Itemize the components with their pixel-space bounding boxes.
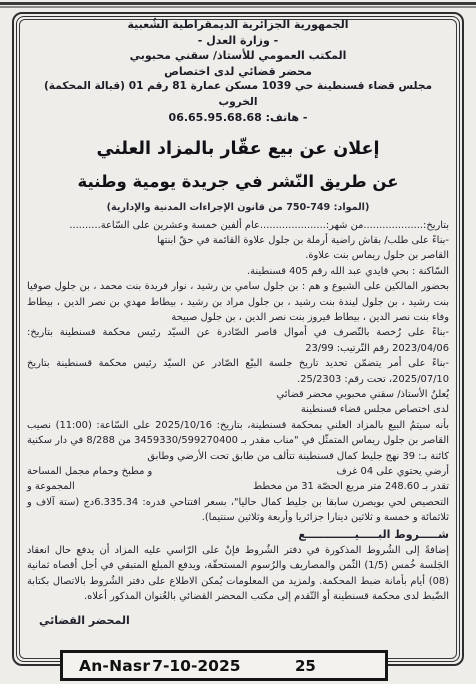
notice-body: بتاريخ:...................من شهر:.......…: [27, 218, 449, 629]
law-articles: (المواد: 749-750 من قانون الإجراءات المد…: [27, 201, 449, 214]
header-ministry: - وزارة العدل -: [27, 33, 449, 49]
clipping-top-edge: [0, 2, 476, 6]
publication-date: 7-10-2025: [152, 657, 240, 675]
price-paragraph: التحصيص لحي بويصرن سابقا بن جليط كمال حا…: [27, 495, 449, 526]
header-republic: الجمهورية الجزائرية الديمقراطية الشُعبية: [27, 17, 449, 33]
announcer-line: يُعلنُ الأستاذ/ سقني محبوبي محضر قضائي: [27, 387, 449, 402]
rooms-right-text: أرضي يحتوي على 04 غرف: [337, 464, 449, 479]
area-right-text: تقدر بـ 248.60 متر مربع الحصّة 31 من مخط…: [253, 479, 449, 494]
page-number: 25: [295, 657, 316, 675]
bailiff-signature: المحضر القضائي: [27, 613, 449, 628]
minor-line: القاصر بن جلول ريماس بنت علاوة.: [27, 248, 449, 263]
scanned-newspaper-notice: { "header": { "lines": [ "الجمهورية الجز…: [0, 0, 476, 684]
order-paragraph: -بناءً على أمر يتضمّن تحديد تاريخ جلسة ا…: [27, 356, 449, 387]
jurisdiction-line: لدى اختصاص مجلس قضاء قسنطينة: [27, 402, 449, 417]
header-bailiff: محضر قضائي لدى اختصاص: [27, 64, 449, 80]
header-office: المكتب العمومي للأستاذ/ سقني محبوبي: [27, 48, 449, 64]
blank-date-line: بتاريخ:...................من شهر:.......…: [27, 218, 449, 233]
newspaper-name: An-Nasr: [79, 657, 150, 675]
notice-content: الجمهورية الجزائرية الديمقراطية الشُعبية…: [27, 17, 449, 648]
co-owners-paragraph: بحضور المالكين على الشيوع و هم : بن جلول…: [27, 279, 449, 325]
area-line: تقدر بـ 248.60 متر مربع الحصّة 31 من مخط…: [27, 479, 449, 494]
request-line: -بناءً على طلب/ بقاش راضية أرملة بن جلول…: [27, 233, 449, 248]
rooms-line: أرضي يحتوي على 04 غرف و مطبخ وحمام مجمل …: [27, 464, 449, 479]
header-phone: - هاتف: 06.65.95.68.68: [27, 110, 449, 126]
sale-description-paragraph: بأنه سيتمُ البيع بالمزاد العلني بمحكمة ق…: [27, 418, 449, 464]
header-address: مجلس قضاء قسنطينة حي 1039 مسكن عمارة 81 …: [27, 79, 449, 110]
notice-subtitle: عن طريق النّشر في جريدة يومية وطنية: [27, 171, 449, 193]
permit-paragraph: -بناءً على رُخصة بالتّصرف في أموال قاصر …: [27, 325, 449, 356]
notice-title: إعلان عن بيع عقّار بالمزاد العلني: [27, 138, 449, 160]
residence-line: السّاكنة : بحي قايدي عبد الله رقم 405 قس…: [27, 264, 449, 279]
conditions-title: شـــــروط البـــــيـــــــــــــع: [27, 527, 449, 542]
rooms-left-text: و مطبخ وحمام مجمل المساحة: [27, 464, 152, 479]
newspaper-credit-box: An-Nasr 7-10-2025 25: [60, 650, 388, 681]
area-left-text: المجموعة و: [27, 479, 75, 494]
conditions-paragraph: إضافةً إلى الشُروط المذكورة في دفتر الشُ…: [27, 543, 449, 605]
